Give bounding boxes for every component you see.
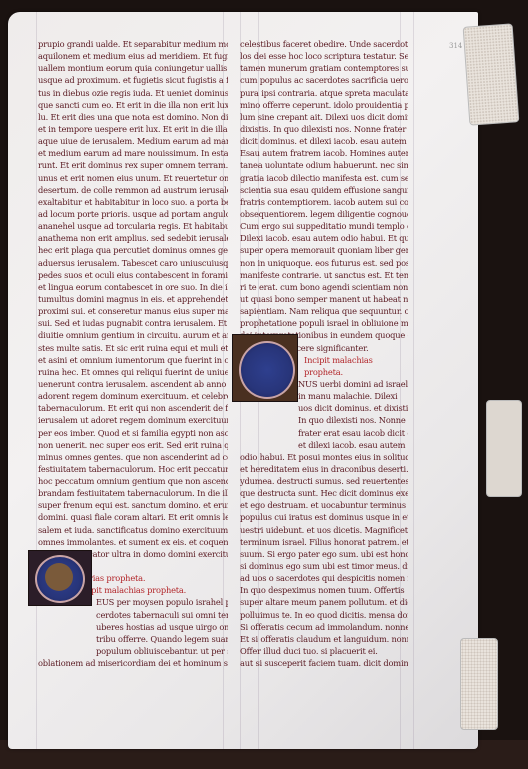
- text-line: desertum. de colle remmon ad austrum ier…: [38, 184, 228, 196]
- text-line: unus et erit nomen eius unum. Et reuerte…: [38, 172, 228, 184]
- text-line: Dilexi iacob. esau autem odio habui. Et …: [240, 232, 408, 244]
- text-line: pedes suos et oculi eius contabescent in…: [38, 269, 228, 281]
- text-line: mino offerre ceperunt. idolo prouidentia…: [240, 99, 408, 111]
- initial-bowl: [239, 341, 295, 399]
- text-line: aquilonem et medium eius ad meridiem. Et…: [38, 50, 228, 62]
- text-line: In quo dilexisti nos. Nonne: [240, 414, 408, 426]
- text-line: super frenum equi est. sanctum domino. e…: [38, 499, 228, 511]
- text-line: si dominus ego sum ubi est timor meus. d…: [240, 560, 408, 572]
- text-line: tamen munerum gratiam contemptores super…: [240, 62, 408, 74]
- text-line: que destructa sunt. Hec dicit dominus ex…: [240, 487, 408, 499]
- text-line: minus omnes gentes. que non ascenderint …: [38, 451, 228, 463]
- text-line: ut quasi bono semper manent ut habeat no…: [240, 293, 408, 305]
- folio-number: 314: [449, 42, 462, 50]
- text-line: tribu offerre. Quando legem suam ad rege…: [38, 633, 228, 645]
- text-line: oblationem ad misericordiam dei et homin…: [38, 657, 228, 669]
- text-line: dicit dominus. et dilexi iacob. esau aut…: [240, 135, 408, 147]
- text-line: brandam festiuitatem tabernaculorum. In …: [38, 487, 228, 499]
- text-line: aduersus ierusalem. Tabescet caro uniusc…: [38, 257, 228, 269]
- foam-weight-top: [463, 23, 520, 125]
- text-line: per eos imber. Quod et si familia egypti…: [38, 427, 228, 439]
- text-line: adorent regem dominum exercituum. et cel…: [38, 390, 228, 402]
- initial-gold-infill: [45, 563, 73, 591]
- text-line: non in uniquoque. eos futurus est. sed p…: [240, 257, 408, 269]
- text-line: et medium earum ad mare nouissimum. In e…: [38, 147, 228, 159]
- text-line: In quo despeximus nomen tuum. Offertis: [240, 584, 408, 596]
- text-line: polluimus te. In eo quod dicitis. mensa …: [240, 609, 408, 621]
- text-line: cerdotes tabernaculi sui omni tempore an…: [38, 609, 228, 621]
- text-line: ri te erat. cum bono agendi scientiam no…: [240, 281, 408, 293]
- text-line: gratia iacob dilectio manifesta est. cum…: [240, 172, 408, 184]
- text-line: tus in diebus ozie regis iuda. Et ueniet…: [38, 87, 228, 99]
- text-line: diuitie omnium gentium in circuitu. auru…: [38, 329, 228, 341]
- text-line: uestri uidebunt. et uos dicetis. Magnifi…: [240, 524, 408, 536]
- text-line: et hereditatem eius in draconibus desert…: [240, 463, 408, 475]
- text-line: et ego destruam. et uocabuntur terminus …: [240, 499, 408, 511]
- text-line: salem et iuda. sanctificatus domino exer…: [38, 524, 228, 536]
- text-line: tumultus domini magnus in eis. et appreh…: [38, 293, 228, 305]
- foam-support-side: [486, 400, 522, 497]
- text-line: cum populus ac sacerdotes sacrificia uer…: [240, 74, 408, 86]
- text-line: ierusalem ut adoret regem dominum exerci…: [38, 414, 228, 426]
- text-line: prupio grandi ualde. Et separabitur medi…: [38, 38, 228, 50]
- text-line: hec erit plaga qua percutiet dominus omn…: [38, 244, 228, 256]
- text-line: uenerunt contra ierusalem. ascendent ab …: [38, 378, 228, 390]
- text-line: hoc peccatum omnium gentium que non asce…: [38, 475, 228, 487]
- text-line: et asini et omnium iumentorum que fuerin…: [38, 354, 228, 366]
- text-line: scientia sua esau quidem effusione sangu…: [240, 184, 408, 196]
- text-line: ad locum porte prioris. usque ad portam …: [38, 208, 228, 220]
- text-line: uos dicit dominus. et dixistis.: [240, 402, 408, 414]
- text-line: runt. Et erit dominus rex super omnem te…: [38, 159, 228, 171]
- text-line: que sancti cum eo. Et erit in die illa n…: [38, 99, 228, 111]
- text-line: frater erat esau iacob dicit dominus.: [240, 427, 408, 439]
- text-line: Esau autem fratrem iacob. Homines autem …: [240, 147, 408, 159]
- text-line: tabernaculorum. Et erit qui non ascender…: [38, 402, 228, 414]
- text-line: anathema non erit amplius. sed sedebit i…: [38, 232, 228, 244]
- text-line: sapientiam. Nam reliqua que sequuntur. o…: [240, 305, 408, 317]
- text-line: et dilexi iacob. esau autem: [240, 439, 408, 451]
- text-line: odio habui. Et posui montes eius in soli…: [240, 451, 408, 463]
- text-line: fratris contemptiorem. iacob autem sui c…: [240, 196, 408, 208]
- text-line: lum sine crepant ait. Dilexi uos dicit d…: [240, 111, 408, 123]
- text-line: lu. Et erit dies una que nota est domino…: [38, 111, 228, 123]
- text-line: aut si susceperit faciem tuam. dicit dom…: [240, 657, 408, 669]
- text-line: Et si offeratis claudum et languidum. no…: [240, 633, 408, 645]
- text-line: proximi sui. et conseretur manus eius su…: [38, 305, 228, 317]
- text-line: tanea uoluntate odium habuerunt. nec sin…: [240, 159, 408, 171]
- text-line: terminum israel. Filius honorat patrem. …: [240, 536, 408, 548]
- text-line: et in tempore uespere erit lux. Et erit …: [38, 123, 228, 135]
- text-line: prophetatione populi israel in obliuione…: [240, 317, 408, 329]
- foam-weight-bottom: [460, 638, 498, 730]
- illuminated-initial-d: [28, 550, 92, 606]
- text-line: aque uiue de ierusalem. Medium earum ad …: [38, 135, 228, 147]
- text-line: et lingua eorum contabescet in ore suo. …: [38, 281, 228, 293]
- text-line: stes multe satis. Et sic erit ruina equi…: [38, 342, 228, 354]
- text-line: super altare meum panem pollutum. et dic…: [240, 596, 408, 608]
- text-line: obsequentiorem. legem diligentie cognoue…: [240, 208, 408, 220]
- text-line: pura ipsi contraria. atque spreta macula…: [240, 87, 408, 99]
- text-line: dixistis. In quo dilexisti nos. Nonne fr…: [240, 123, 408, 135]
- ruling-line: [413, 12, 414, 749]
- text-line: ydumea. destructi sumus. sed reuertentes…: [240, 475, 408, 487]
- text-line: super opera memorauit quoniam liber gene…: [240, 244, 408, 256]
- text-line: usque ad proximum. et fugietis sicut fug…: [38, 74, 228, 86]
- text-line: ananehel usque ad torcularia regis. Et h…: [38, 220, 228, 232]
- text-line: Si offeratis cecum ad immolandum. nonne …: [240, 621, 408, 633]
- text-line: suum. Si ergo pater ego sum. ubi est hon…: [240, 548, 408, 560]
- text-line: uallem montium eorum quia coniungetur ua…: [38, 62, 228, 74]
- text-line: ruina hec. Et omnes qui reliqui fuerint …: [38, 366, 228, 378]
- text-line: non uenerit. nec super eos erit. Sed eri…: [38, 439, 228, 451]
- text-line: uberes hostias ad usque uirgo omni uniue…: [38, 621, 228, 633]
- text-line: populum obliuiscebantur. ut per sacrific…: [38, 645, 228, 657]
- text-line: domini. quasi fiale coram altari. Et eri…: [38, 511, 228, 523]
- text-line: populus cui iratus est dominus usque in …: [240, 511, 408, 523]
- text-line: festiuitatem tabernaculorum. Hoc erit pe…: [38, 463, 228, 475]
- text-line: manifeste contrarie. ut sanctus est. Et …: [240, 269, 408, 281]
- ruling-line: [36, 12, 37, 749]
- text-line: los dei esse hoc loco scriptura testatur…: [240, 50, 408, 62]
- text-line: celestibus faceret obedire. Unde sacerdo…: [240, 38, 408, 50]
- text-line: exaltabitur et habitabitur in loco suo. …: [38, 196, 228, 208]
- text-line: sui. Sed et iudas pugnabit contra ierusa…: [38, 317, 228, 329]
- text-line: omnes immolantes. et sument ex eis. et c…: [38, 536, 228, 548]
- text-line: ad uos o sacerdotes qui despicitis nomen…: [240, 572, 408, 584]
- text-line: Cum ergo sui suppeditatio mundi templo e…: [240, 220, 408, 232]
- illuminated-initial-v: [232, 334, 298, 402]
- text-line: Offer illud duci tuo. si placuerit ei.: [240, 645, 408, 657]
